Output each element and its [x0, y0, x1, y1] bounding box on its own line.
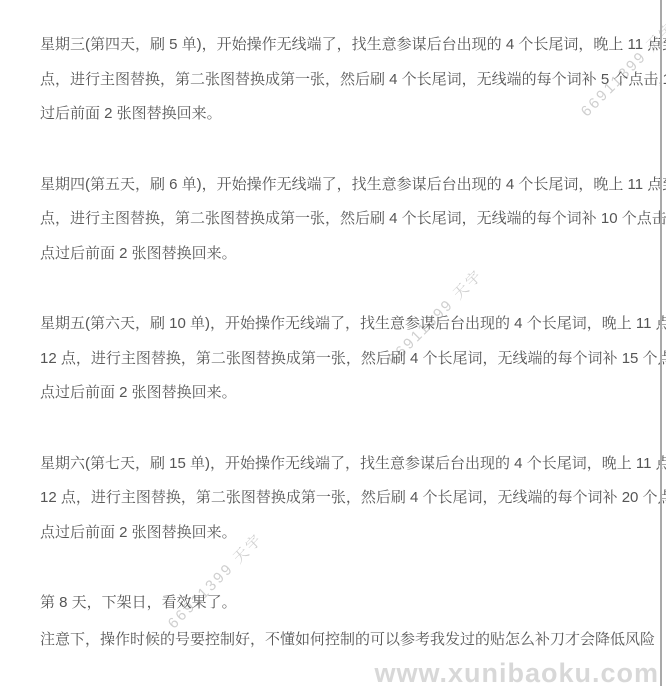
paragraph: 星期三(第四天，刷 5 单)，开始操作无线端了，找生意参谋后台出现的 4 个长尾…: [40, 28, 640, 132]
text-line: 点，进行主图替换，第二张图替换成第一张，然后刷 4 个长尾词，无线端的每个词补 …: [40, 63, 640, 98]
text-line: 注意下，操作时候的号要控制好，不懂如何控制的可以参考我发过的贴怎么补刀才会降低风…: [40, 623, 640, 658]
text-line: 点过后前面 2 张图替换回来。: [40, 237, 640, 272]
document-page: 66911399 天宇 66911399 天宇 66911399 天宇 星期三(…: [0, 0, 666, 686]
text-line: 星期四(第五天，刷 6 单)，开始操作无线端了，找生意参谋后台出现的 4 个长尾…: [40, 168, 640, 203]
text-line: 星期五(第六天，刷 10 单)，开始操作无线端了，找生意参谋后台出现的 4 个长…: [40, 307, 640, 342]
text-line: 12 点，进行主图替换，第二张图替换成第一张，然后刷 4 个长尾词，无线端的每个…: [40, 481, 640, 516]
paragraph: 星期六(第七天，刷 15 单)，开始操作无线端了，找生意参谋后台出现的 4 个长…: [40, 447, 640, 551]
right-border-line: [660, 0, 662, 686]
text-line: 点，进行主图替换，第二张图替换成第一张，然后刷 4 个长尾词，无线端的每个词补 …: [40, 202, 640, 237]
site-watermark: www.xunibaoku.com: [0, 658, 659, 686]
paragraph: 星期五(第六天，刷 10 单)，开始操作无线端了，找生意参谋后台出现的 4 个长…: [40, 307, 640, 411]
text-line: 星期三(第四天，刷 5 单)，开始操作无线端了，找生意参谋后台出现的 4 个长尾…: [40, 28, 640, 63]
text-line: 12 点，进行主图替换，第二张图替换成第一张，然后刷 4 个长尾词，无线端的每个…: [40, 342, 640, 377]
paragraph: 星期四(第五天，刷 6 单)，开始操作无线端了，找生意参谋后台出现的 4 个长尾…: [40, 168, 640, 272]
text-line: 星期六(第七天，刷 15 单)，开始操作无线端了，找生意参谋后台出现的 4 个长…: [40, 447, 640, 482]
post-content: 星期三(第四天，刷 5 单)，开始操作无线端了，找生意参谋后台出现的 4 个长尾…: [40, 28, 640, 657]
text-line: 第 8 天，下架日，看效果了。: [40, 586, 640, 621]
paragraph: 第 8 天，下架日，看效果了。: [40, 586, 640, 621]
text-line: 过后前面 2 张图替换回来。: [40, 97, 640, 132]
text-line: 点过后前面 2 张图替换回来。: [40, 376, 640, 411]
text-line: 点过后前面 2 张图替换回来。: [40, 516, 640, 551]
paragraph: 注意下，操作时候的号要控制好，不懂如何控制的可以参考我发过的贴怎么补刀才会降低风…: [40, 623, 640, 658]
